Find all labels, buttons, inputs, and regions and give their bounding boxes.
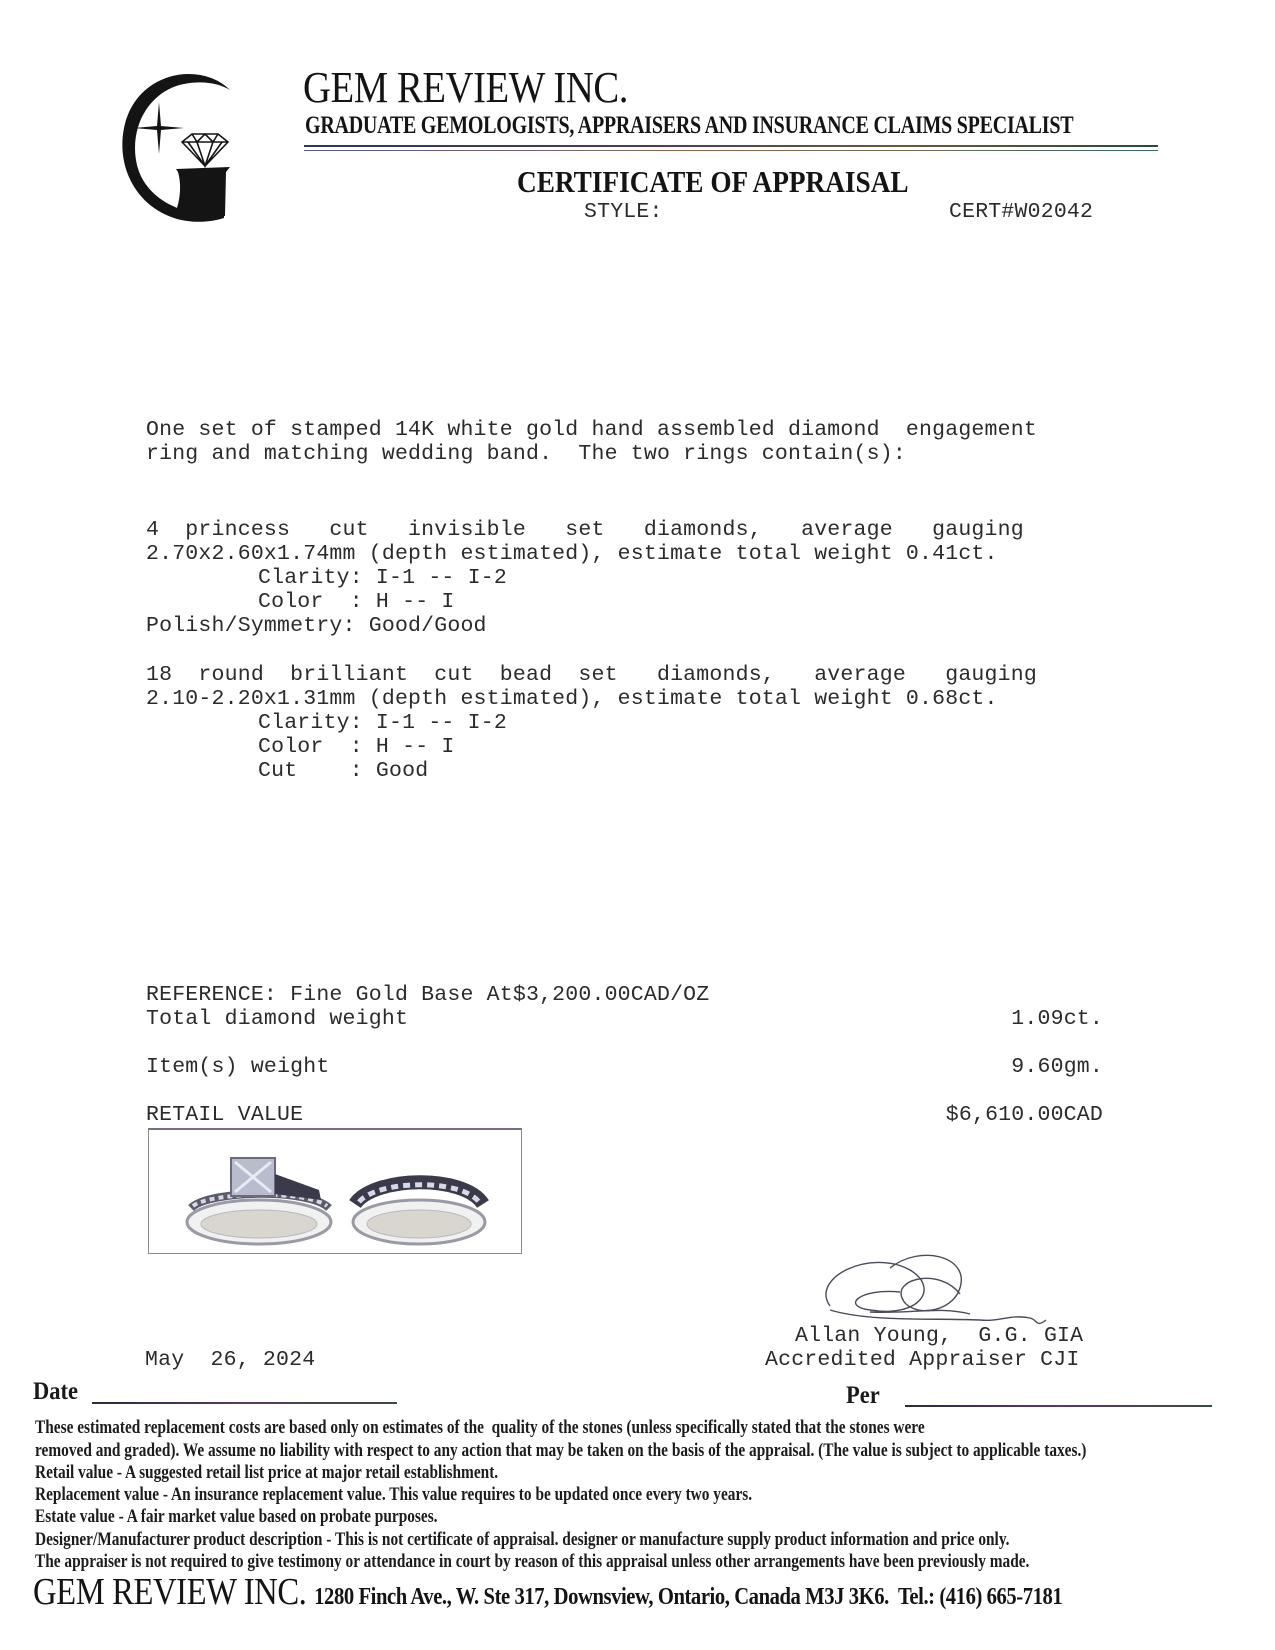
company-tagline: GRADUATE GEMOLOGISTS, APPRAISERS AND INS… xyxy=(305,112,1073,140)
ring-set-photo xyxy=(148,1128,522,1254)
document-title: CERTIFICATE OF APPRAISAL xyxy=(517,164,909,200)
date-line xyxy=(92,1402,397,1404)
stone-group-2-line2: 2.10-2.20x1.31mm (depth estimated), esti… xyxy=(146,687,998,711)
appraiser-title: Accredited Appraiser CJI xyxy=(765,1348,1079,1372)
retail-value-label: RETAIL VALUE xyxy=(146,1103,303,1127)
description-line: One set of stamped 14K white gold hand a… xyxy=(146,418,1037,442)
stone-group-2-clarity: Clarity: I-1 -- I-2 xyxy=(258,711,507,735)
header-rule xyxy=(304,145,1158,147)
stone-group-2-line1: 18 round brilliant cut bead set diamonds… xyxy=(146,663,1037,687)
stone-group-2-color: Color : H -- I xyxy=(258,735,455,759)
description-line: ring and matching wedding band. The two … xyxy=(146,442,906,466)
stone-group-2-cut: Cut : Good xyxy=(258,759,428,783)
total-diamond-weight-value: 1.09ct. xyxy=(1011,1007,1103,1031)
items-weight-value: 9.60gm. xyxy=(1011,1055,1103,1079)
company-name: GEM REVIEW INC. xyxy=(303,62,628,113)
disclaimer-designer: Designer/Manufacturer product descriptio… xyxy=(35,1530,1009,1551)
retail-value: $6,610.00CAD xyxy=(946,1103,1103,1127)
footer-address: 1280 Finch Ave., W. Ste 317, Downsview, … xyxy=(314,1584,1062,1610)
disclaimer-line: These estimated replacement costs are ba… xyxy=(35,1418,925,1439)
cert-number: CERT#W02042 xyxy=(949,200,1093,224)
disclaimer-line: removed and graded). We assume no liabil… xyxy=(35,1441,1086,1462)
stone-group-1-polish: Polish/Symmetry: Good/Good xyxy=(146,614,487,638)
stone-group-1-clarity: Clarity: I-1 -- I-2 xyxy=(258,566,507,590)
date-label: Date xyxy=(33,1378,78,1406)
per-label: Per xyxy=(846,1382,880,1410)
stone-group-1-line2: 2.70x2.60x1.74mm (depth estimated), esti… xyxy=(146,542,998,566)
header-rule xyxy=(304,150,1158,151)
per-line xyxy=(905,1405,1212,1407)
style-label: STYLE: xyxy=(584,200,663,224)
appraisal-date: May 26, 2024 xyxy=(145,1348,315,1372)
stone-group-1-line1: 4 princess cut invisible set diamonds, a… xyxy=(146,518,1024,542)
appraiser-name: Allan Young, G.G. GIA xyxy=(795,1324,1083,1348)
disclaimer-retail-value: Retail value - A suggested retail list p… xyxy=(35,1463,498,1484)
total-diamond-weight-label: Total diamond weight xyxy=(146,1007,408,1031)
gem-review-logo-icon xyxy=(112,68,257,223)
disclaimer-replacement-value: Replacement value - An insurance replace… xyxy=(35,1485,752,1506)
stone-group-1-color: Color : H -- I xyxy=(258,590,455,614)
footer-company-name: GEM REVIEW INC. xyxy=(33,1571,306,1613)
gold-reference: REFERENCE: Fine Gold Base At$3,200.00CAD… xyxy=(146,983,709,1007)
disclaimer-estate-value: Estate value - A fair market value based… xyxy=(35,1507,438,1528)
items-weight-label: Item(s) weight xyxy=(146,1055,329,1079)
ring-illustration-icon xyxy=(149,1130,521,1252)
footer-company: GEM REVIEW INC. 1280 Finch Ave., W. Ste … xyxy=(33,1570,1062,1614)
